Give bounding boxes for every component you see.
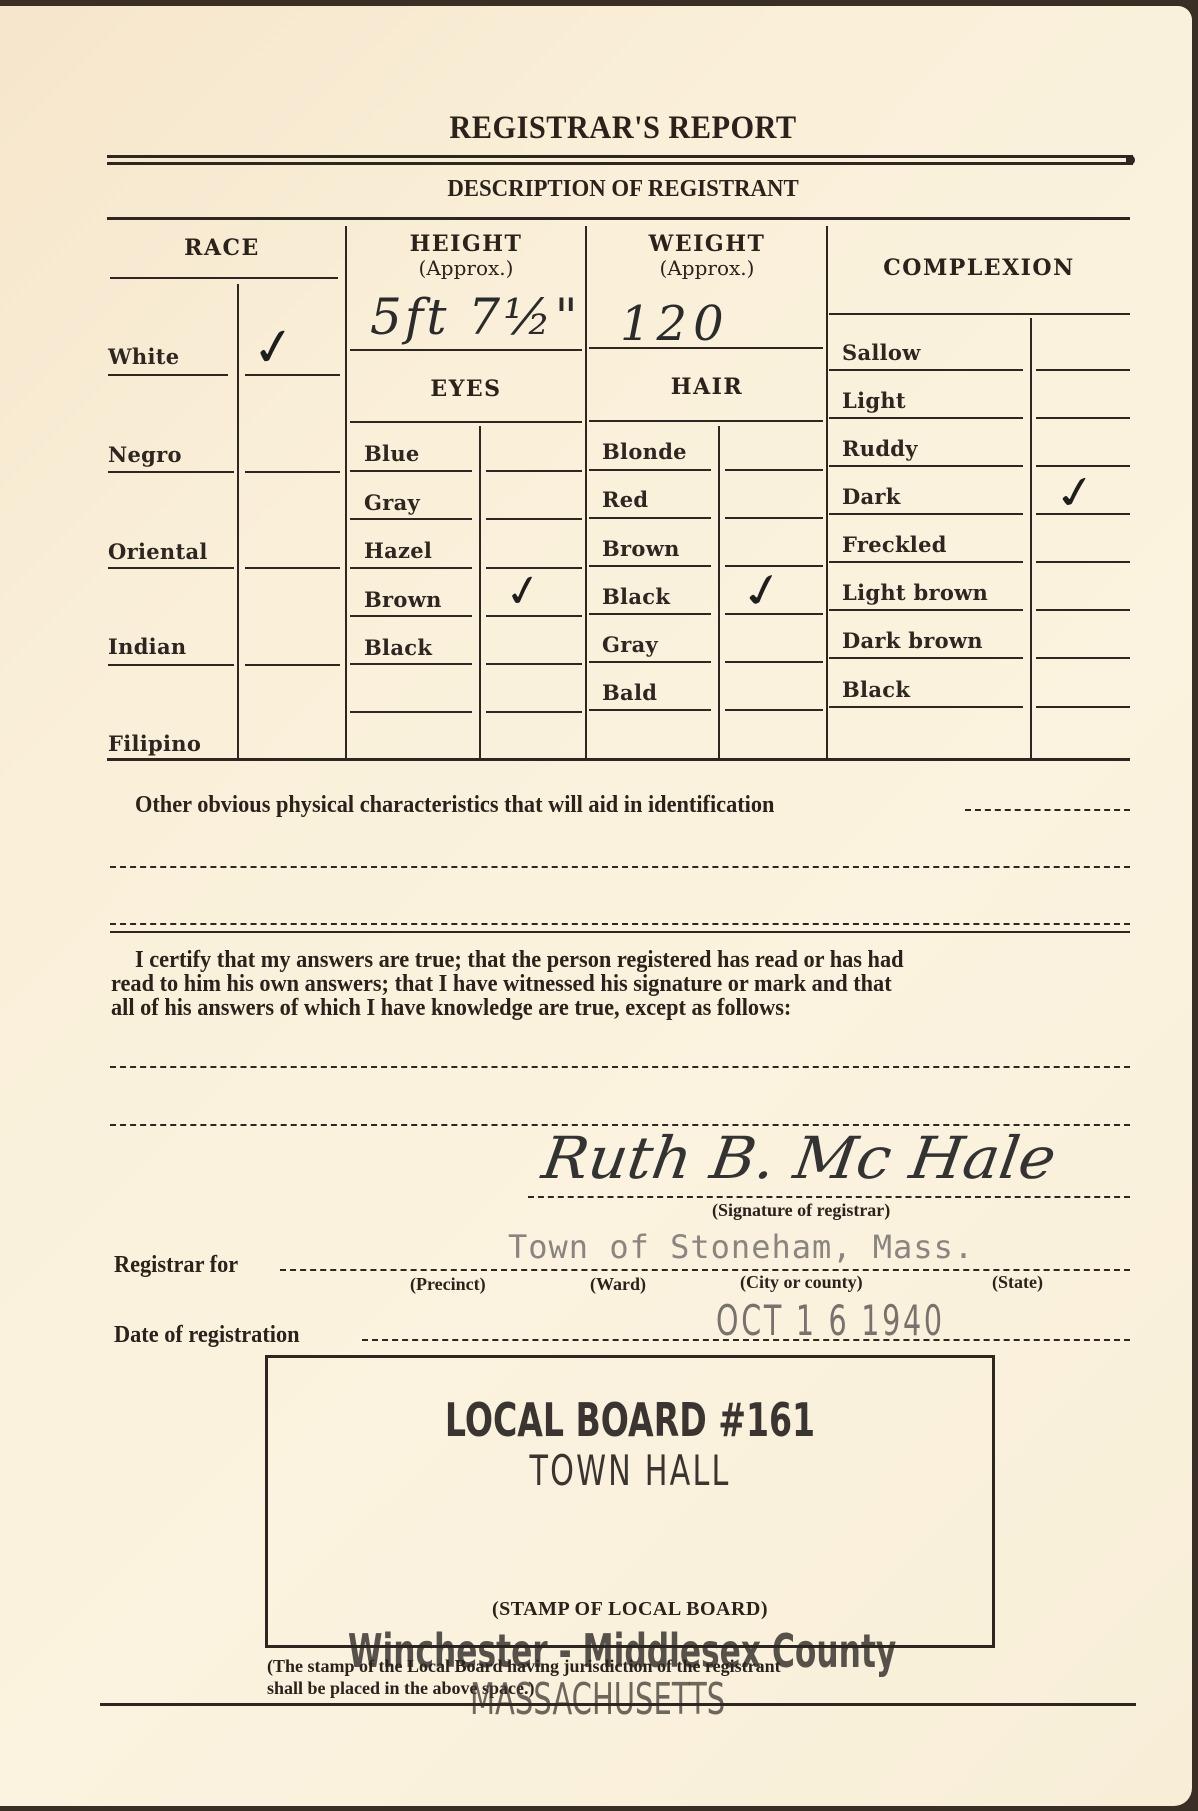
exceptions-line-1[interactable] xyxy=(110,1066,1130,1068)
complexion-label-light: Light xyxy=(842,388,906,413)
hair-check-bald[interactable] xyxy=(721,666,823,711)
other-characteristics-line-2[interactable] xyxy=(110,866,1130,868)
complexion-header: COMPLEXION xyxy=(828,255,1130,281)
other-characteristics-line-3[interactable] xyxy=(110,923,1130,925)
state-caption: (State) xyxy=(992,1272,1043,1293)
race-label-indian: Indian xyxy=(108,634,186,659)
race-row-line xyxy=(245,567,340,569)
table-bottom-rule xyxy=(107,758,1130,761)
height-approx: (Approx.) xyxy=(347,256,585,280)
complexion-check-light-brown[interactable] xyxy=(1034,562,1128,608)
bottom-rule xyxy=(100,1703,1136,1706)
complexion-row-line xyxy=(829,609,1023,611)
eyes-check-black[interactable] xyxy=(482,618,582,663)
complexion-check-light[interactable] xyxy=(1034,370,1128,416)
eyes-check-divider xyxy=(479,426,481,759)
table-top-rule xyxy=(107,217,1130,220)
complexion-row-line xyxy=(829,657,1023,659)
hair-check-divider xyxy=(718,426,720,759)
hair-row-line xyxy=(589,613,711,615)
rule-end-cap xyxy=(1126,155,1135,165)
double-rule-bottom xyxy=(107,162,1133,165)
height-underline xyxy=(350,349,582,351)
col-divider-weight xyxy=(826,226,828,759)
eyes-row-line xyxy=(486,615,582,617)
weight-value[interactable]: 120 xyxy=(620,296,730,352)
double-rule-top xyxy=(107,155,1133,158)
eyes-check-gray[interactable] xyxy=(482,473,582,518)
race-check-oriental[interactable] xyxy=(240,474,340,564)
height-value[interactable]: 5ft 7½" xyxy=(370,288,581,346)
hair-check-red[interactable] xyxy=(721,473,823,518)
weight-approx: (Approx.) xyxy=(588,256,826,280)
complexion-row-line xyxy=(1036,609,1130,611)
registrar-for-label: Registrar for xyxy=(114,1252,238,1278)
eyes-row-line xyxy=(486,711,582,713)
state-overstamp: MASSACHUSETTS xyxy=(470,1674,725,1725)
eyes-check-blue[interactable] xyxy=(482,424,582,469)
hair-row-line xyxy=(589,709,711,711)
registration-card: REGISTRAR'S REPORT DESCRIPTION OF REGIST… xyxy=(0,6,1192,1806)
eyes-row-line xyxy=(350,615,472,617)
certification-line-1: I certify that my answers are true; that… xyxy=(135,947,904,973)
complexion-header-underline xyxy=(829,313,1130,315)
complexion-row-line xyxy=(1036,513,1130,515)
eyes-header: EYES xyxy=(347,376,585,402)
precinct-caption: (Precinct) xyxy=(410,1274,486,1295)
complexion-check-dark-brown[interactable] xyxy=(1034,610,1128,656)
section-title: DESCRIPTION OF REGISTRANT xyxy=(31,176,1198,203)
hair-label-blonde: Blonde xyxy=(602,439,687,464)
other-characteristics-label: Other obvious physical characteristics t… xyxy=(135,792,774,818)
city-caption: (City or county) xyxy=(740,1272,863,1293)
complexion-label-sallow: Sallow xyxy=(842,340,921,365)
local-board-location: TOWN HALL xyxy=(367,1446,893,1495)
complexion-row-line xyxy=(829,417,1023,419)
complexion-label-black: Black xyxy=(842,677,910,702)
race-check-negro[interactable] xyxy=(240,378,340,468)
race-label-negro: Negro xyxy=(108,442,182,467)
race-row-line xyxy=(108,664,234,666)
certification-line-3: all of his answers of which I have knowl… xyxy=(111,995,791,1021)
complexion-row-line xyxy=(1036,369,1130,371)
hair-label-black: Black xyxy=(602,584,670,609)
signature-line xyxy=(528,1196,1130,1198)
county-overstamp: Winchester - Middlesex County xyxy=(348,1624,896,1678)
race-label-filipino: Filipino xyxy=(108,731,201,756)
complexion-row-line xyxy=(829,369,1023,371)
date-of-registration-line xyxy=(362,1339,1130,1341)
race-row-line xyxy=(108,374,228,376)
hair-check-gray[interactable] xyxy=(721,618,823,663)
weight-header: WEIGHT xyxy=(588,232,826,256)
hair-label-red: Red xyxy=(602,487,648,512)
col-divider-race xyxy=(345,226,347,759)
hair-header: HAIR xyxy=(588,374,826,400)
eyes-row-line xyxy=(350,470,472,472)
race-header: RACE xyxy=(107,235,337,261)
eyes-label-brown: Brown xyxy=(364,587,442,612)
hair-row-line xyxy=(589,565,711,567)
other-characteristics-field[interactable] xyxy=(965,809,1130,811)
eyes-row-line xyxy=(350,567,472,569)
complexion-label-dark-brown: Dark brown xyxy=(842,628,983,653)
complexion-check-freckled[interactable] xyxy=(1034,514,1128,560)
hair-row-line xyxy=(725,565,823,567)
hair-header-underline xyxy=(589,420,823,422)
eyes-header-underline xyxy=(350,421,582,423)
registrar-for-value[interactable]: Town of Stoneham, Mass. xyxy=(508,1228,974,1266)
eyes-row-line xyxy=(486,663,582,665)
race-check-indian[interactable] xyxy=(240,571,340,661)
hair-row-line xyxy=(589,661,711,663)
hair-check-black[interactable]: ✓ xyxy=(733,560,792,621)
eyes-label-gray: Gray xyxy=(364,490,420,515)
eyes-row-line xyxy=(350,518,472,520)
complexion-row-line xyxy=(1036,465,1130,467)
complexion-row-line xyxy=(1036,657,1130,659)
hair-label-bald: Bald xyxy=(602,680,657,705)
complexion-row-line xyxy=(1036,417,1130,419)
race-label-white: White xyxy=(108,344,179,369)
registrar-for-line xyxy=(280,1269,1130,1271)
hair-check-brown[interactable] xyxy=(721,521,823,566)
complexion-label-dark: Dark xyxy=(842,484,901,509)
race-row-line xyxy=(245,664,340,666)
signature-caption: (Signature of registrar) xyxy=(712,1200,890,1221)
complexion-check-divider xyxy=(1030,318,1032,759)
complexion-label-ruddy: Ruddy xyxy=(842,436,918,461)
local-board-number: LOCAL BOARD #161 xyxy=(367,1393,893,1447)
race-header-underline xyxy=(110,277,338,279)
date-stamp-value[interactable]: OCT 1 6 1940 xyxy=(716,1296,945,1345)
race-row-line xyxy=(108,567,234,569)
eyes-row-line xyxy=(486,470,582,472)
height-header: HEIGHT xyxy=(347,232,585,256)
complexion-row-line xyxy=(1036,561,1130,563)
hair-row-line xyxy=(725,517,823,519)
hair-row-line xyxy=(725,709,823,711)
complexion-row-line xyxy=(829,513,1023,515)
eyes-row-line xyxy=(486,518,582,520)
complexion-check-black[interactable] xyxy=(1034,658,1128,704)
race-row-line xyxy=(108,471,234,473)
race-row-line xyxy=(245,471,340,473)
eyes-row-line xyxy=(350,663,472,665)
hair-check-blonde[interactable] xyxy=(721,424,823,469)
weight-underline xyxy=(589,347,823,349)
section-divider xyxy=(110,931,1130,933)
complexion-check-sallow[interactable] xyxy=(1034,320,1128,366)
race-check-divider xyxy=(237,284,239,759)
eyes-row-line xyxy=(486,567,582,569)
complexion-row-line xyxy=(829,706,1023,708)
col-divider-height xyxy=(585,226,587,759)
ward-caption: (Ward) xyxy=(590,1274,646,1295)
complexion-row-line xyxy=(829,561,1023,563)
eyes-check-brown[interactable]: ✓ xyxy=(501,563,546,620)
complexion-row-line xyxy=(1036,706,1130,708)
eyes-check-hazel[interactable] xyxy=(482,521,582,566)
race-label-oriental: Oriental xyxy=(108,539,208,564)
race-check-white[interactable]: ✓ xyxy=(248,315,300,380)
hair-row-line xyxy=(725,469,823,471)
complexion-label-light-brown: Light brown xyxy=(842,580,988,605)
certification-line-2: read to him his own answers; that I have… xyxy=(111,971,892,997)
page-title: REGISTRAR'S REPORT xyxy=(50,110,1196,147)
hair-row-line xyxy=(589,469,711,471)
hair-label-gray: Gray xyxy=(602,632,658,657)
hair-row-line xyxy=(725,613,823,615)
complexion-label-freckled: Freckled xyxy=(842,532,947,557)
hair-row-line xyxy=(589,517,711,519)
hair-label-brown: Brown xyxy=(602,536,680,561)
eyes-label-blue: Blue xyxy=(364,441,420,466)
stamp-caption: (STAMP OF LOCAL BOARD) xyxy=(265,1598,995,1621)
eyes-row-line xyxy=(350,711,472,713)
eyes-label-hazel: Hazel xyxy=(364,538,432,563)
registrar-signature[interactable]: Ruth B. Mc Hale xyxy=(538,1124,1060,1192)
date-of-registration-label: Date of registration xyxy=(114,1322,300,1348)
eyes-label-black: Black xyxy=(364,635,432,660)
race-check-filipino[interactable] xyxy=(240,668,340,758)
hair-row-line xyxy=(725,661,823,663)
complexion-check-ruddy[interactable] xyxy=(1034,418,1128,464)
complexion-row-line xyxy=(829,465,1023,467)
